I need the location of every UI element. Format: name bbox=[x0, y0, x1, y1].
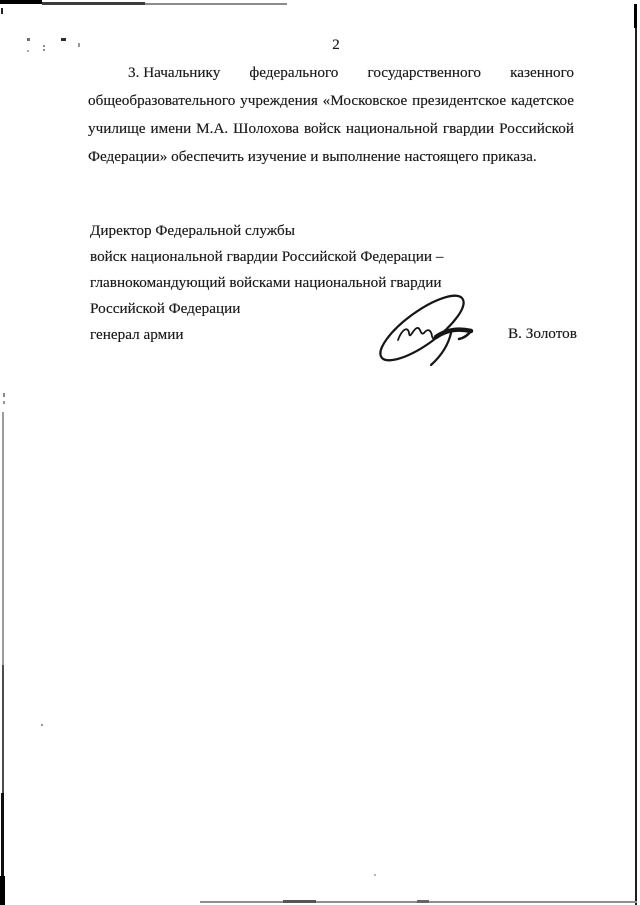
paragraph-line-3-text: училище имени М.А. Шолохова войск национ… bbox=[88, 120, 574, 137]
paragraph-line-2: общеобразовательного учреждения «Московс… bbox=[88, 91, 574, 111]
scan-artifact-bottom-edge-dark-1 bbox=[283, 900, 316, 903]
paragraph-line-3: училище имени М.А. Шолохова войск национ… bbox=[88, 119, 574, 139]
page-number: 2 bbox=[88, 37, 584, 54]
scan-speck bbox=[41, 724, 43, 726]
scan-speck bbox=[374, 874, 376, 876]
scan-speck bbox=[27, 38, 30, 41]
scan-speck bbox=[78, 43, 80, 47]
scan-artifact-top-edge-mid bbox=[42, 2, 145, 5]
scan-speck bbox=[1, 8, 3, 14]
scan-speck bbox=[3, 393, 5, 397]
scan-speck bbox=[43, 45, 45, 47]
paragraph-line-1: 3. Начальнику федерального государственн… bbox=[128, 63, 574, 83]
scan-artifact-left-edge-light bbox=[2, 412, 4, 665]
scan-speck bbox=[27, 50, 29, 52]
signer-name: В. Золотов bbox=[508, 324, 577, 343]
scan-artifact-left-edge-bottom bbox=[0, 876, 5, 905]
scan-artifact-top-edge-dark bbox=[0, 0, 42, 4]
document-page: 2 3. Начальнику федерального государстве… bbox=[0, 0, 640, 905]
scan-artifact-right-edge bbox=[635, 4, 637, 905]
signer-title-line-2: войск национальной гвардии Российской Фе… bbox=[90, 244, 443, 270]
paragraph-line-4: Федерации» обеспечить изучение и выполне… bbox=[88, 147, 537, 167]
signer-title-line-1: Директор Федеральной службы bbox=[90, 218, 443, 244]
scan-speck bbox=[61, 38, 66, 41]
scan-artifact-bottom-edge-dark-2 bbox=[417, 900, 429, 903]
scan-speck bbox=[43, 49, 45, 51]
signature-icon bbox=[372, 286, 480, 370]
paragraph-item-number: 3. Начальнику bbox=[128, 64, 220, 81]
paragraph-line-1-text: федерального государственного казенного bbox=[249, 64, 574, 81]
scan-artifact-left-edge-mid bbox=[2, 665, 4, 793]
scan-artifact-top-edge-light bbox=[145, 3, 287, 5]
scan-speck bbox=[3, 401, 5, 404]
paragraph-line-2-text: общеобразовательного учреждения «Московс… bbox=[88, 92, 574, 109]
scan-artifact-right-edge-cap bbox=[634, 4, 637, 28]
